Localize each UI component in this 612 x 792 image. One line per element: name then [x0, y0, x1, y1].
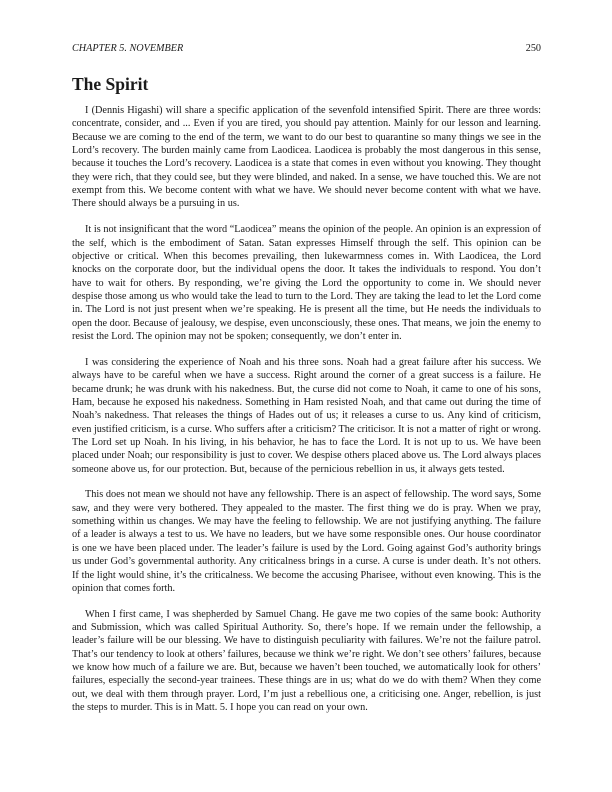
paragraph-4: This does not mean we should not have an… — [72, 488, 541, 595]
page-number: 250 — [526, 42, 541, 55]
section-title: The Spirit — [72, 74, 148, 94]
paragraph-3: I was considering the experience of Noah… — [72, 356, 541, 476]
paragraph-5: When I first came, I was shepherded by S… — [72, 608, 541, 715]
paragraph-2: It is not insignificant that the word “L… — [72, 223, 541, 343]
paragraph-1: I (Dennis Higashi) will share a specific… — [72, 104, 541, 211]
chapter-label: CHAPTER 5. NOVEMBER — [72, 43, 183, 54]
body-text: I (Dennis Higashi) will share a specific… — [72, 104, 541, 727]
running-header: CHAPTER 5. NOVEMBER 250 — [72, 42, 541, 55]
